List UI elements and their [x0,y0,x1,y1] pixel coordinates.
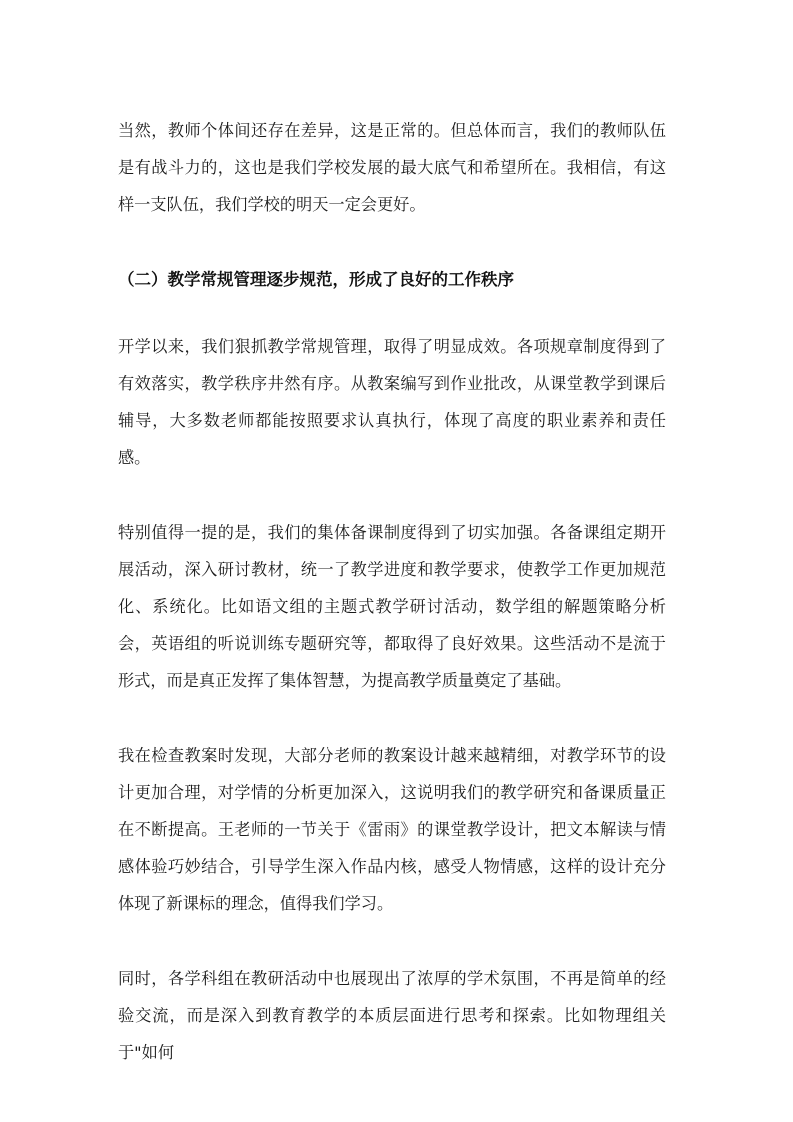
paragraph-collective-lesson-prep: 特别值得一提的是，我们的集体备课制度得到了切实加强。各备课组定期开展活动，深入研… [118,514,666,699]
paragraph-teacher-team: 当然，教师个体间还存在差异，这是正常的。但总体而言，我们的教师队伍是有战斗力的，… [118,112,666,223]
section-heading: （二）教学常规管理逐步规范，形成了良好的工作秩序 [118,261,666,298]
paragraph-research-atmosphere: 同时，各学科组在教研活动中也展现出了浓厚的学术氛围，不再是简单的经验交流，而是深… [118,960,666,1071]
paragraph-lesson-plan-review: 我在检查教案时发现，大部分老师的教案设计越来越精细，对教学环节的设计更加合理，对… [118,737,666,922]
paragraph-routine-management: 开学以来，我们狠抓教学常规管理，取得了明显成效。各项规章制度得到了有效落实，教学… [118,328,666,476]
document-page: 当然，教师个体间还存在差异，这是正常的。但总体而言，我们的教师队伍是有战斗力的，… [118,112,666,1109]
